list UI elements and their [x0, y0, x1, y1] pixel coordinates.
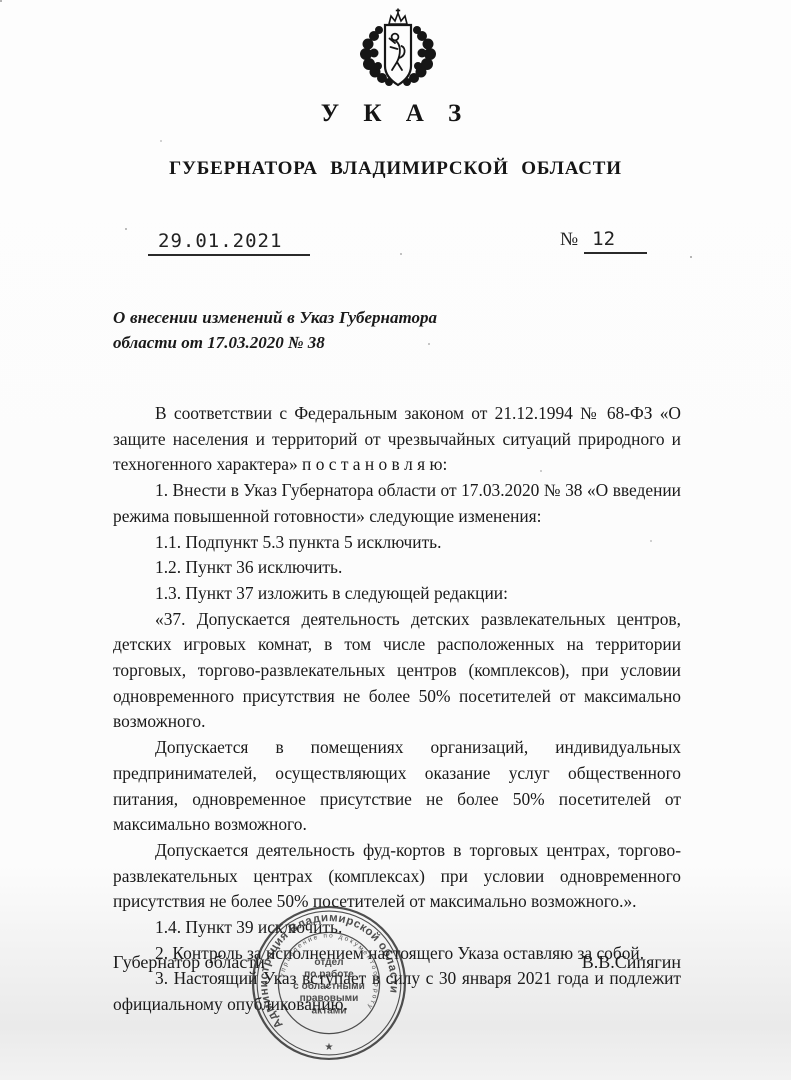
paragraph: В соответствии с Федеральным законом от … — [113, 401, 681, 478]
svg-text:отдел: отдел — [314, 957, 343, 968]
number-sign: № — [560, 229, 578, 250]
stamp-center-text: отдел по работе с областными правовыми а… — [293, 957, 365, 1017]
paragraph: 1.1. Подпункт 5.3 пункта 5 исключить. — [113, 530, 681, 556]
paragraph: 1.3. Пункт 37 изложить в следующей редак… — [113, 581, 681, 607]
svg-text:с областными: с областными — [293, 980, 365, 992]
paragraph: Допускается в помещениях организаций, ин… — [113, 735, 681, 838]
date-field: 29.01.2021 — [148, 230, 310, 256]
scan-noise-dots — [0, 0, 2, 2]
vladimir-oblast-coat-of-arms-icon — [348, 6, 448, 96]
official-round-stamp: Администрация Владимирской области управ… — [248, 901, 410, 1065]
number-field: №12 — [560, 228, 647, 251]
number-value: 12 — [584, 228, 647, 254]
scanned-decree-page: У К А З ГУБЕРНАТОРА ВЛАДИМИРСКОЙ ОБЛАСТИ… — [0, 0, 791, 1080]
svg-text:правовыми: правовыми — [300, 993, 359, 1004]
signature-name: В.В.Сипягин — [582, 952, 681, 973]
paragraph: 1.2. Пункт 36 исключить. — [113, 555, 681, 581]
svg-text:актами: актами — [312, 1005, 347, 1016]
svg-text:по работе: по работе — [304, 968, 354, 980]
subject-annotation: О внесении изменений в Указ Губернатора … — [113, 306, 437, 355]
paragraph: 1. Внести в Указ Губернатора области от … — [113, 478, 681, 529]
stamp-bottom-star: ★ — [324, 1042, 333, 1053]
paragraph: «37. Допускается деятельность детских ра… — [113, 607, 681, 736]
document-issuer-title: ГУБЕРНАТОРА ВЛАДИМИРСКОЙ ОБЛАСТИ — [0, 158, 791, 180]
document-type-title: У К А З — [0, 100, 791, 128]
signature-position: Губернатор области — [113, 952, 265, 973]
